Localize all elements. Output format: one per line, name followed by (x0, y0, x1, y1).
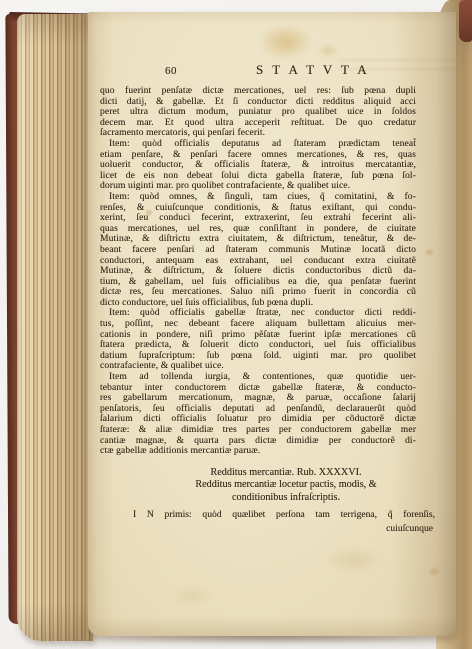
book-photo: 60 S T A T V T A quo fuerint penſatæ dic… (0, 0, 472, 649)
text-line: Item: quòd omnes, & ſinguli, tam ciues, … (100, 192, 416, 203)
catchword: cuiuſcunque (386, 523, 433, 534)
stain-spot (172, 587, 212, 605)
text-line: ſtateræ: & aliæ dimidiæ tres partes per … (100, 425, 416, 436)
page-edges (17, 14, 93, 641)
foxing-dot (430, 568, 439, 575)
rubric-title: Redditus mercantiæ. Rub. XXXXVI. (156, 467, 416, 479)
book-page: 60 S T A T V T A quo fuerint penſatæ dic… (88, 12, 456, 636)
foxing-dot (426, 250, 433, 255)
book-cover-corner (459, 0, 472, 42)
text-line: ctæ gabellæ additionis mercantiæ paruæ. (100, 446, 416, 457)
running-title: S T A T V T A (256, 62, 370, 78)
rubric-subtitle-line: Redditus mercantiæ locetur pactis, modis… (156, 479, 416, 491)
text-line: quo fuerint penſatæ dictæ mercationes, u… (100, 86, 416, 97)
stain-spot (258, 24, 313, 60)
rubric-heading: Redditus mercantiæ. Rub. XXXXVI. Redditu… (100, 467, 416, 504)
rubric-subtitle-line: conditionibus infraſcriptis. (156, 492, 416, 504)
incipit-line: I N primis: quòd quælibet perſona tam te… (133, 509, 435, 520)
text-line: Item: quòd officialis deputatus ad ſtate… (100, 139, 416, 150)
stain-spot (323, 547, 383, 573)
folio-number: 60 (165, 65, 177, 77)
text-block: quo fuerint penſatæ dictæ mercationes, u… (100, 86, 416, 457)
text-line: beant facere penſari ad ſtateram communi… (100, 245, 416, 256)
stain-spot (318, 44, 338, 57)
